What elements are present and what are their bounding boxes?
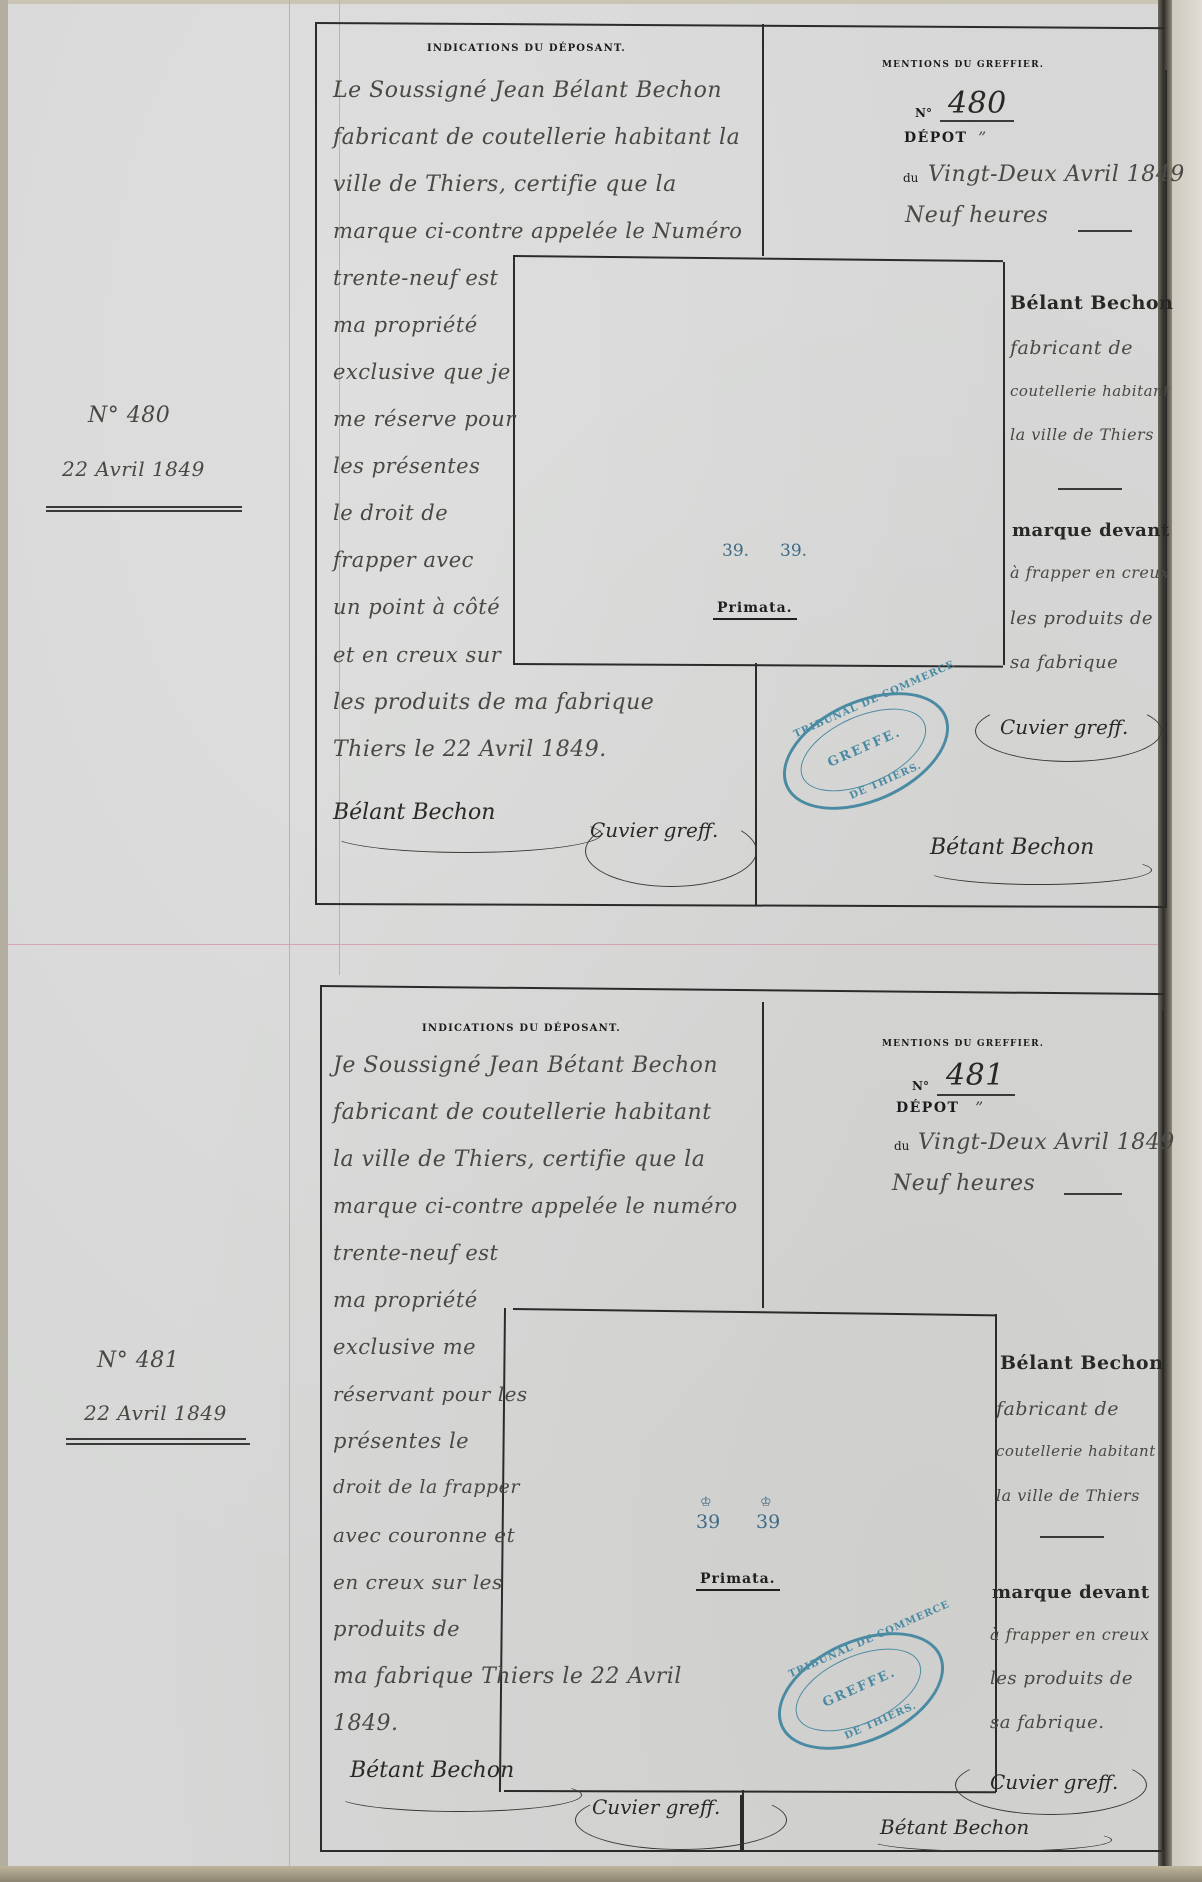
clerk-flourish (585, 815, 757, 887)
deposit-number: 480 (948, 86, 1007, 121)
right-note-line: coutellerie habitant (1010, 382, 1170, 400)
right-clerk-flourish (955, 1755, 1147, 1815)
column-divider-top (762, 1002, 764, 1308)
right-note-line: marque devant (992, 1582, 1150, 1603)
depot-date: Vingt-Deux Avril 1849 (918, 1130, 1175, 1155)
right-note-line: marque devant (1012, 520, 1170, 541)
depot-ditto: ” (978, 128, 987, 147)
declaration-line: présentes le (333, 1429, 469, 1453)
declaration-line: marque ci-contre appelée le numéro (333, 1194, 738, 1218)
declaration-line: 1849. (333, 1711, 398, 1736)
right-note-line: Bélant Bechon (1000, 1352, 1163, 1374)
deposit-number-underline (940, 120, 1014, 122)
mark-box-right (1003, 262, 1005, 665)
declaration-line: la ville de Thiers, certifie que la (333, 1147, 705, 1172)
right-note-line: sa fabrique. (990, 1712, 1104, 1733)
right-note-line: fabricant de (996, 1398, 1119, 1420)
declaration-line: marque ci-contre appelée le Numéro (333, 219, 742, 243)
depot-label: DÉPOT (896, 1100, 959, 1116)
margin-note-underline (46, 510, 242, 512)
declaration-line: réservant pour les (333, 1382, 528, 1406)
declaration-line: ma propriété (333, 1288, 478, 1312)
mark-box-left (513, 255, 515, 663)
depot-label: DÉPOT (904, 130, 967, 146)
margin-note-underline (66, 1438, 246, 1440)
entry-separator-ruling (8, 944, 1158, 945)
page-left-shadow (0, 0, 8, 1882)
right-note-line: les produits de (990, 1668, 1133, 1689)
register-page (8, 4, 1158, 1872)
declaration-line: droit de la frapper (333, 1476, 520, 1498)
declaration-line: ma fabrique Thiers le 22 Avril (333, 1664, 682, 1689)
depot-date: Vingt-Deux Avril 1849 (928, 162, 1185, 187)
declaration-line: trente-neuf est (333, 266, 498, 290)
depot-time: Neuf heures (892, 1171, 1035, 1196)
depot-time: Neuf heures (905, 203, 1048, 228)
mark-impression: 39. (780, 541, 807, 561)
depot-time-dash (1078, 230, 1132, 232)
declaration-line: frapper avec (333, 548, 474, 572)
right-signature-flourish (870, 1828, 1112, 1852)
margin-note-number: N° 480 (88, 403, 170, 428)
margin-note-date: 22 Avril 1849 (84, 1401, 227, 1425)
du-label: du (894, 1139, 909, 1153)
number-label: N° (912, 1079, 929, 1093)
right-note-line: la ville de Thiers (996, 1486, 1140, 1505)
declaration-line: produits de (333, 1617, 460, 1641)
right-note-line: à frapper en creux (1010, 563, 1170, 582)
clerk-flourish (575, 1790, 787, 1850)
declaration-line: les présentes (333, 454, 480, 478)
signature-flourish (330, 815, 602, 853)
mark-impression: 39 (696, 1511, 720, 1533)
du-label: du (903, 171, 918, 185)
declaration-line: Thiers le 22 Avril 1849. (333, 737, 607, 762)
margin-note-number: N° 481 (97, 1348, 179, 1373)
column-divider-bottom (755, 663, 757, 905)
declaration-line: ville de Thiers, certifie que la (333, 172, 677, 197)
declaration-line: ma propriété (333, 313, 478, 337)
declaration-line: exclusive que je (333, 360, 511, 384)
form-border-right (1165, 70, 1167, 908)
declaration-line: fabricant de coutellerie habitant (333, 1100, 712, 1125)
depot-ditto: ” (975, 1098, 984, 1117)
bottom-edge (0, 1866, 1202, 1882)
margin-note-underline (46, 506, 242, 508)
deposit-number: 481 (946, 1058, 1005, 1093)
right-note-line: à frapper en creux (990, 1625, 1150, 1644)
mark-name-label: Primata. (713, 600, 797, 620)
form-border-left (320, 985, 322, 1851)
declaration-line: en creux sur les (333, 1570, 503, 1594)
margin-ruling-vertical (289, 0, 290, 1866)
depositor-header: INDICATIONS DU DÉPOSANT. (422, 1023, 621, 1034)
crown-icon: ♔ (700, 1495, 712, 1510)
declaration-line: me réserve pour (333, 407, 516, 431)
declaration-line: exclusive me (333, 1335, 476, 1359)
mark-impression: 39. (722, 541, 749, 561)
declaration-line: le droit de (333, 501, 448, 525)
right-note-line: coutellerie habitant (996, 1442, 1156, 1460)
depositor-header: INDICATIONS DU DÉPOSANT. (427, 43, 626, 54)
depot-time-dash (1064, 1193, 1122, 1195)
page-edge (1172, 0, 1202, 1882)
column-divider-top (762, 24, 764, 256)
right-note-separator (1058, 488, 1122, 490)
right-note-line: la ville de Thiers (1010, 425, 1154, 444)
declaration-line: fabricant de coutellerie habitant la (333, 125, 740, 150)
right-note-line: fabricant de (1010, 337, 1133, 359)
form-border-left (315, 22, 317, 905)
clerk-header: MENTIONS DU GREFFIER. (882, 60, 1044, 70)
clerk-header: MENTIONS DU GREFFIER. (882, 1039, 1044, 1049)
declaration-line: Le Soussigné Jean Bélant Bechon (333, 78, 722, 103)
declaration-line: trente-neuf est (333, 1241, 498, 1265)
right-signature-flourish (925, 855, 1152, 885)
right-clerk-flourish (975, 700, 1162, 762)
declaration-line: Je Soussigné Jean Bétant Bechon (333, 1053, 718, 1078)
right-note-separator (1040, 1536, 1104, 1538)
number-label: N° (915, 106, 932, 120)
declaration-line: un point à côté (333, 595, 500, 619)
declaration-line: avec couronne et (333, 1523, 515, 1547)
margin-note-date: 22 Avril 1849 (62, 457, 205, 481)
right-note-line: les produits de (1010, 608, 1153, 629)
signature-flourish (335, 1778, 582, 1812)
right-note-line: Bélant Bechon (1010, 292, 1173, 314)
right-note-line: sa fabrique (1010, 652, 1118, 673)
mark-impression: 39 (756, 1511, 780, 1533)
declaration-line: et en creux sur (333, 643, 501, 667)
declaration-line: les produits de ma fabrique (333, 690, 654, 715)
mark-name-label: Primata. (696, 1571, 780, 1591)
deposit-number-underline (937, 1094, 1015, 1096)
crown-icon: ♔ (760, 1495, 772, 1510)
margin-note-underline (66, 1443, 250, 1445)
